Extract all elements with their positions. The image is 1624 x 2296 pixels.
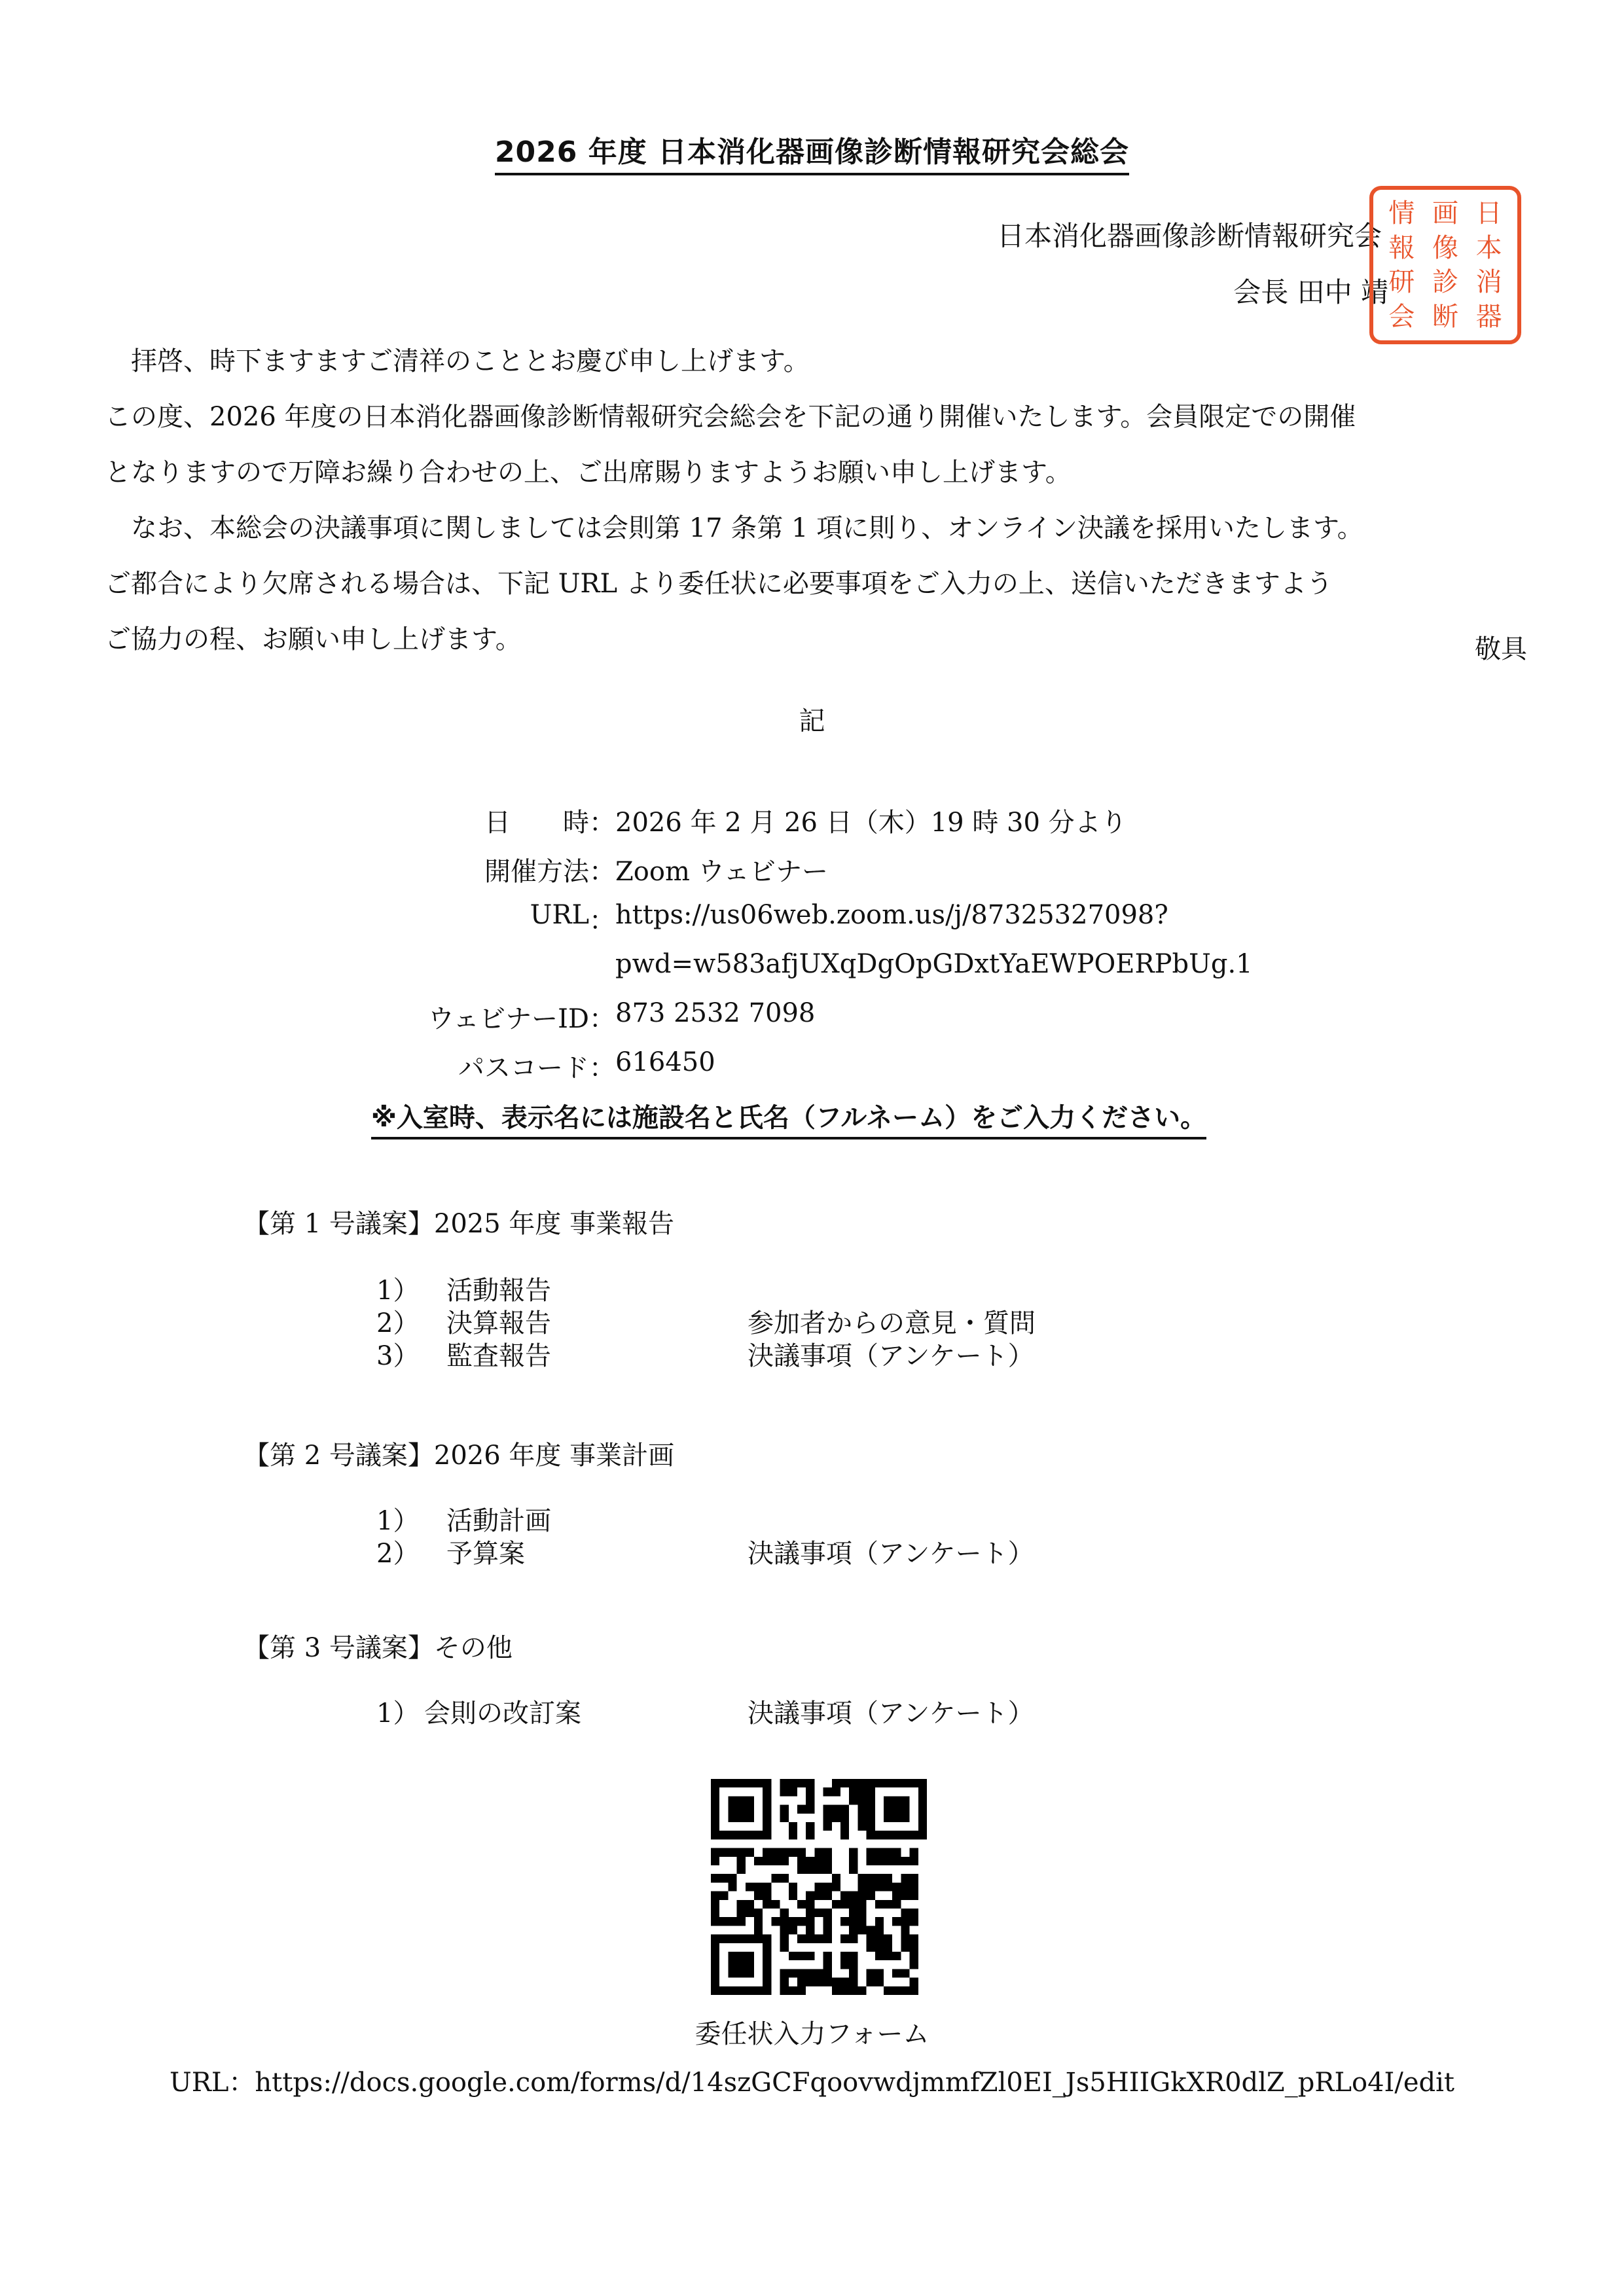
paragraph-announcement-line-1: この度、2026 年度の日本消化器画像診断情報研究会総会を下記の通り開催いたしま… xyxy=(105,389,1532,445)
agenda-item-number: 1） xyxy=(376,1693,419,1730)
closing-keigu: 敬具 xyxy=(1475,628,1527,666)
sender-organization: 日本消化器画像診断情報研究会 xyxy=(997,215,1382,254)
agenda-item-number: 2） xyxy=(376,1533,419,1570)
info-colon: ： xyxy=(589,802,615,839)
info-label-method: 開催方法 xyxy=(367,851,589,888)
info-value-datetime: 2026 年 2 月 26 日（木）19 時 30 分より xyxy=(615,802,1127,839)
info-label-webinar-id: ウェビナーID xyxy=(367,998,589,1035)
agenda-item-number: 3） xyxy=(376,1335,419,1372)
info-value-passcode: 616450 xyxy=(615,1047,715,1077)
agenda-item-label: 活動計画 xyxy=(446,1500,551,1537)
document-title: 2026 年度 日本消化器画像診断情報研究会総会 xyxy=(0,128,1624,170)
info-colon: ： xyxy=(589,998,615,1035)
paragraph-resolution-line-3: ご協力の程、お願い申し上げます。 xyxy=(105,612,1532,668)
agenda-item-number: 1） xyxy=(376,1500,419,1537)
sender-president: 会長 田中 靖 xyxy=(1233,271,1388,310)
qr-code-image[interactable] xyxy=(711,1779,927,1995)
info-label-url: URL xyxy=(367,900,589,930)
seal-column-3: 情報研会 xyxy=(1388,196,1415,334)
info-label-passcode: パスコード xyxy=(367,1047,589,1085)
agenda-heading-1: 【第 1 号議案】2025 年度 事業報告 xyxy=(244,1203,674,1240)
agenda-heading-2: 【第 2 号議案】2026 年度 事業計画 xyxy=(244,1435,674,1472)
qr-caption: 委任状入力フォーム xyxy=(0,2013,1624,2051)
zoom-url-link[interactable]: https://us06web.zoom.us/j/87325327098? xyxy=(615,900,1168,930)
agenda-item-label: 活動報告 xyxy=(446,1270,551,1307)
info-colon: ： xyxy=(589,1047,615,1085)
letter-body: 拝啓、時下ますますご清祥のこととお慶び申し上げます。 この度、2026 年度の日… xyxy=(105,334,1532,668)
agenda-item-label: 会則の改訂案 xyxy=(424,1693,581,1730)
agenda-item-number: 2） xyxy=(376,1302,419,1340)
entry-notice: ※入室時、表示名には施設名と氏名（フルネーム）をご入力ください。 xyxy=(371,1097,1206,1139)
paragraph-announcement-line-2: となりますので万障お繰り合わせの上、ご出席賜りますようお願い申し上げます。 xyxy=(105,445,1532,501)
seal-column-1: 日本消器 xyxy=(1476,196,1502,334)
info-value-webinar-id: 873 2532 7098 xyxy=(615,998,815,1028)
seal-column-2: 画像診断 xyxy=(1432,196,1458,334)
zoom-url-link-continued[interactable]: pwd=w583afjUXqDgOpGDxtYaEWPOERPbUg.1 xyxy=(615,949,1253,979)
info-label-datetime: 日 時 xyxy=(367,802,589,839)
agenda-item-note: 決議事項（アンケート） xyxy=(748,1533,1034,1570)
agenda-heading-3: 【第 3 号議案】その他 xyxy=(244,1627,513,1664)
ki-heading: 記 xyxy=(0,700,1624,738)
agenda-item-label: 監査報告 xyxy=(446,1335,551,1372)
agenda-item-note: 参加者からの意見・質問 xyxy=(748,1302,1036,1340)
paragraph-resolution-line-1: なお、本総会の決議事項に関しましては会則第 17 条第 1 項に則り、オンライン… xyxy=(105,501,1532,556)
paragraph-greeting: 拝啓、時下ますますご清祥のこととお慶び申し上げます。 xyxy=(105,334,1532,389)
info-value-method: Zoom ウェビナー xyxy=(615,851,828,888)
proxy-form-url-link[interactable]: URL：https://docs.google.com/forms/d/14sz… xyxy=(0,2062,1624,2099)
paragraph-resolution-line-2: ご都合により欠席される場合は、下記 URL より委任状に必要事項をご入力の上、送… xyxy=(105,556,1532,612)
info-colon: ： xyxy=(589,851,615,888)
agenda-item-note: 決議事項（アンケート） xyxy=(748,1693,1034,1730)
document-title-text: 2026 年度 日本消化器画像診断情報研究会総会 xyxy=(495,135,1129,175)
agenda-item-label: 決算報告 xyxy=(446,1302,551,1340)
official-seal-stamp: 日本消器 画像診断 情報研会 xyxy=(1369,186,1521,344)
info-colon: ： xyxy=(589,900,615,937)
agenda-item-label: 予算案 xyxy=(446,1533,525,1570)
agenda-item-note: 決議事項（アンケート） xyxy=(748,1335,1034,1372)
agenda-item-number: 1） xyxy=(376,1270,419,1307)
